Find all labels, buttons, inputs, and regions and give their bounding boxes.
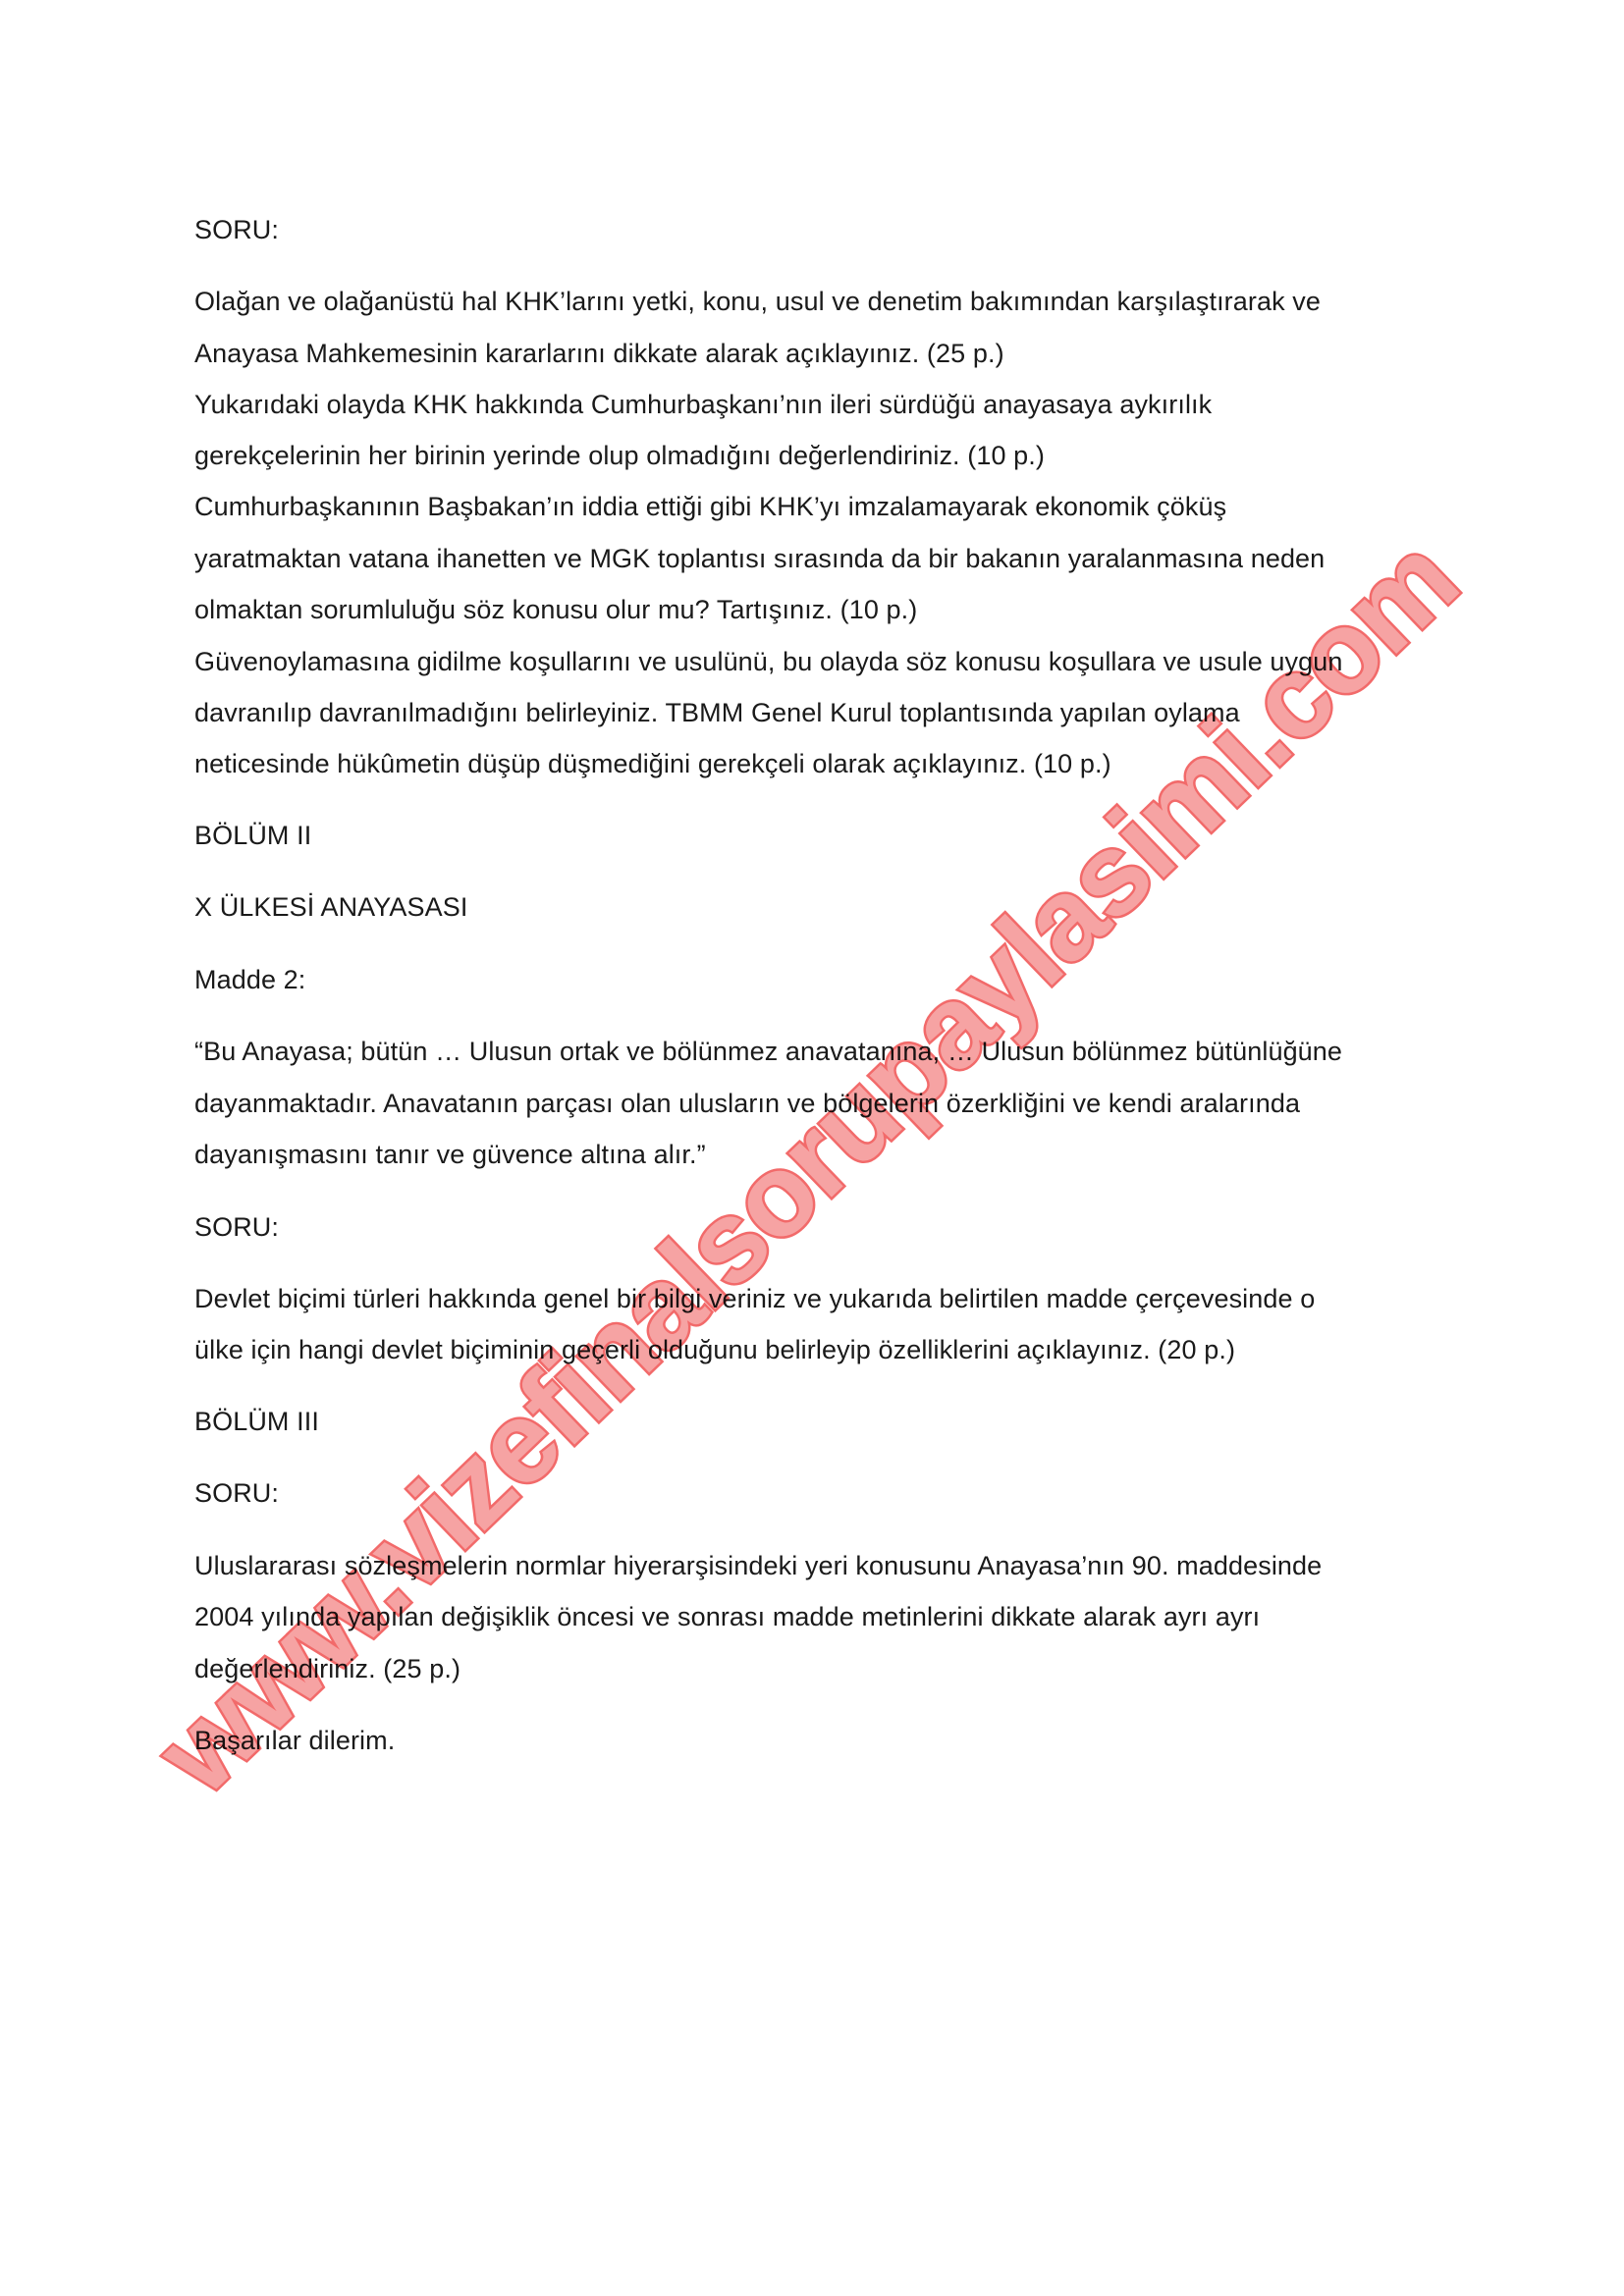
question-5-line-2: ülke için hangi devlet biçiminin geçerli… <box>194 1333 1235 1366</box>
question-6-line-2: 2004 yılında yapılan değişiklik öncesi v… <box>194 1600 1260 1633</box>
question-heading-2: SORU: <box>194 1210 279 1244</box>
question-2-line-2: gerekçelerinin her birinin yerinde olup … <box>194 439 1045 472</box>
question-1-line-2: Anayasa Mahkemesinin kararlarını dikkate… <box>194 337 1004 370</box>
question-1-line-1: Olağan ve olağanüstü hal KHK’larını yetk… <box>194 285 1321 318</box>
section-heading-2: BÖLÜM II <box>194 819 311 852</box>
question-4-line-2: davranılıp davranılmadığını belirleyiniz… <box>194 696 1240 729</box>
question-3-line-3: olmaktan sorumluluğu söz konusu olur mu?… <box>194 593 917 626</box>
question-heading-1: SORU: <box>194 213 279 246</box>
question-2-line-1: Yukarıdaki olayda KHK hakkında Cumhurbaş… <box>194 388 1212 421</box>
constitution-title: X ÜLKESİ ANAYASASI <box>194 890 467 924</box>
question-4-line-1: Güvenoylamasına gidilme koşullarını ve u… <box>194 645 1342 678</box>
section-heading-3: BÖLÜM III <box>194 1405 319 1438</box>
closing-remark: Başarılar dilerim. <box>194 1724 395 1757</box>
question-6-line-1: Uluslararası sözleşmelerin normlar hiyer… <box>194 1549 1322 1582</box>
question-heading-3: SORU: <box>194 1476 279 1510</box>
question-4-line-3: neticesinde hükûmetin düşüp düşmediğini … <box>194 747 1111 780</box>
article-label: Madde 2: <box>194 963 305 996</box>
article-quote-line-1: “Bu Anayasa; bütün … Ulusun ortak ve böl… <box>194 1035 1342 1068</box>
question-5-line-1: Devlet biçimi türleri hakkında genel bir… <box>194 1282 1315 1315</box>
question-3-line-1: Cumhurbaşkanının Başbakan’ın iddia ettiğ… <box>194 490 1226 523</box>
document-page: SORU: Olağan ve olağanüstü hal KHK’ların… <box>0 0 1624 2296</box>
question-6-line-3: değerlendiriniz. (25 p.) <box>194 1652 460 1685</box>
article-quote-line-3: dayanışmasını tanır ve güvence altına al… <box>194 1138 706 1171</box>
question-3-line-2: yaratmaktan vatana ihanetten ve MGK topl… <box>194 542 1325 575</box>
article-quote-line-2: dayanmaktadır. Anavatanın parçası olan u… <box>194 1087 1300 1120</box>
